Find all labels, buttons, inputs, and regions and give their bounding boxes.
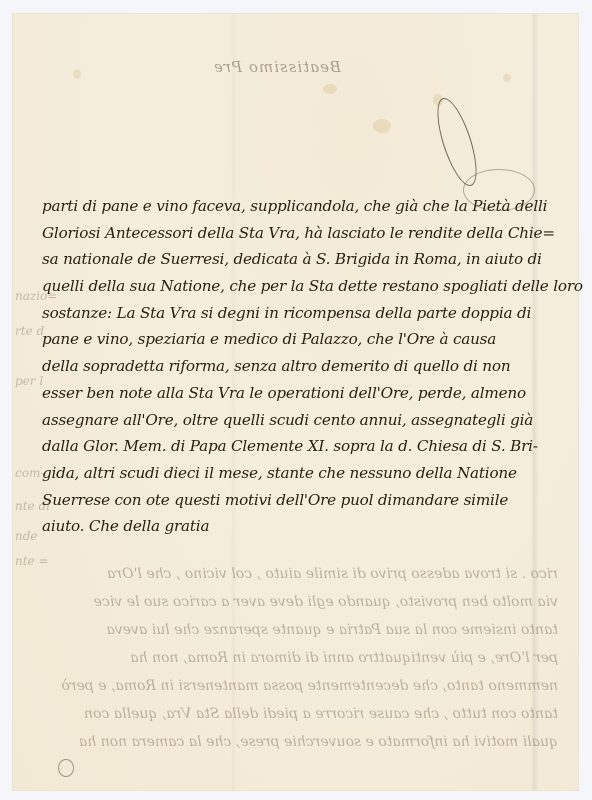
manuscript-text: parti di pane e vino faceva, supplicando… (42, 193, 582, 540)
text-line: sa nationale de Suerresi, dedicata à S. … (42, 246, 582, 273)
text-line: assegnare all'Ore, oltre quelli scudi ce… (42, 407, 582, 434)
text-line: quelli della sua Natione, che per la Sta… (42, 273, 582, 300)
bleed-line: tanto insieme con la sua Patria e quante… (13, 622, 558, 638)
text-line: gida, altri scudi dieci il mese, stante … (42, 460, 582, 487)
ink-flourish (58, 759, 74, 777)
text-line: Suerrese con ote questi motivi dell'Ore … (42, 487, 582, 514)
bleed-line: quali motivi ha informato e souverchie p… (13, 734, 558, 750)
text-line: dalla Glor. Mem. di Papa Clemente XI. so… (42, 433, 582, 460)
text-line: della sopradetta riforma, senza altro de… (42, 353, 582, 380)
bleed-line: tanto con tutto , che cause ricorre a pi… (13, 706, 558, 722)
bleed-line: via molto ben provisto, quando egli deve… (13, 594, 558, 610)
text-line: aiuto. Che della gratia (42, 513, 582, 540)
text-line: pane e vino, speziaria e medico di Palaz… (42, 326, 582, 353)
bleed-line: rico . si trova adesso privo di simile a… (13, 566, 558, 582)
text-line: esser ben note alla Sta Vra le operation… (42, 380, 582, 407)
bleed-line: nemmeno tanto, che decentemente possa ma… (13, 678, 558, 694)
text-line: sostanze: La Sta Vra si degni in ricompe… (42, 300, 582, 327)
bleed-line: per l'Ore, e più ventiquattro anni di di… (13, 650, 558, 666)
text-line: Gloriosi Antecessori della Sta Vra, hà l… (42, 220, 582, 247)
text-line: parti di pane e vino faceva, supplicando… (42, 193, 582, 220)
